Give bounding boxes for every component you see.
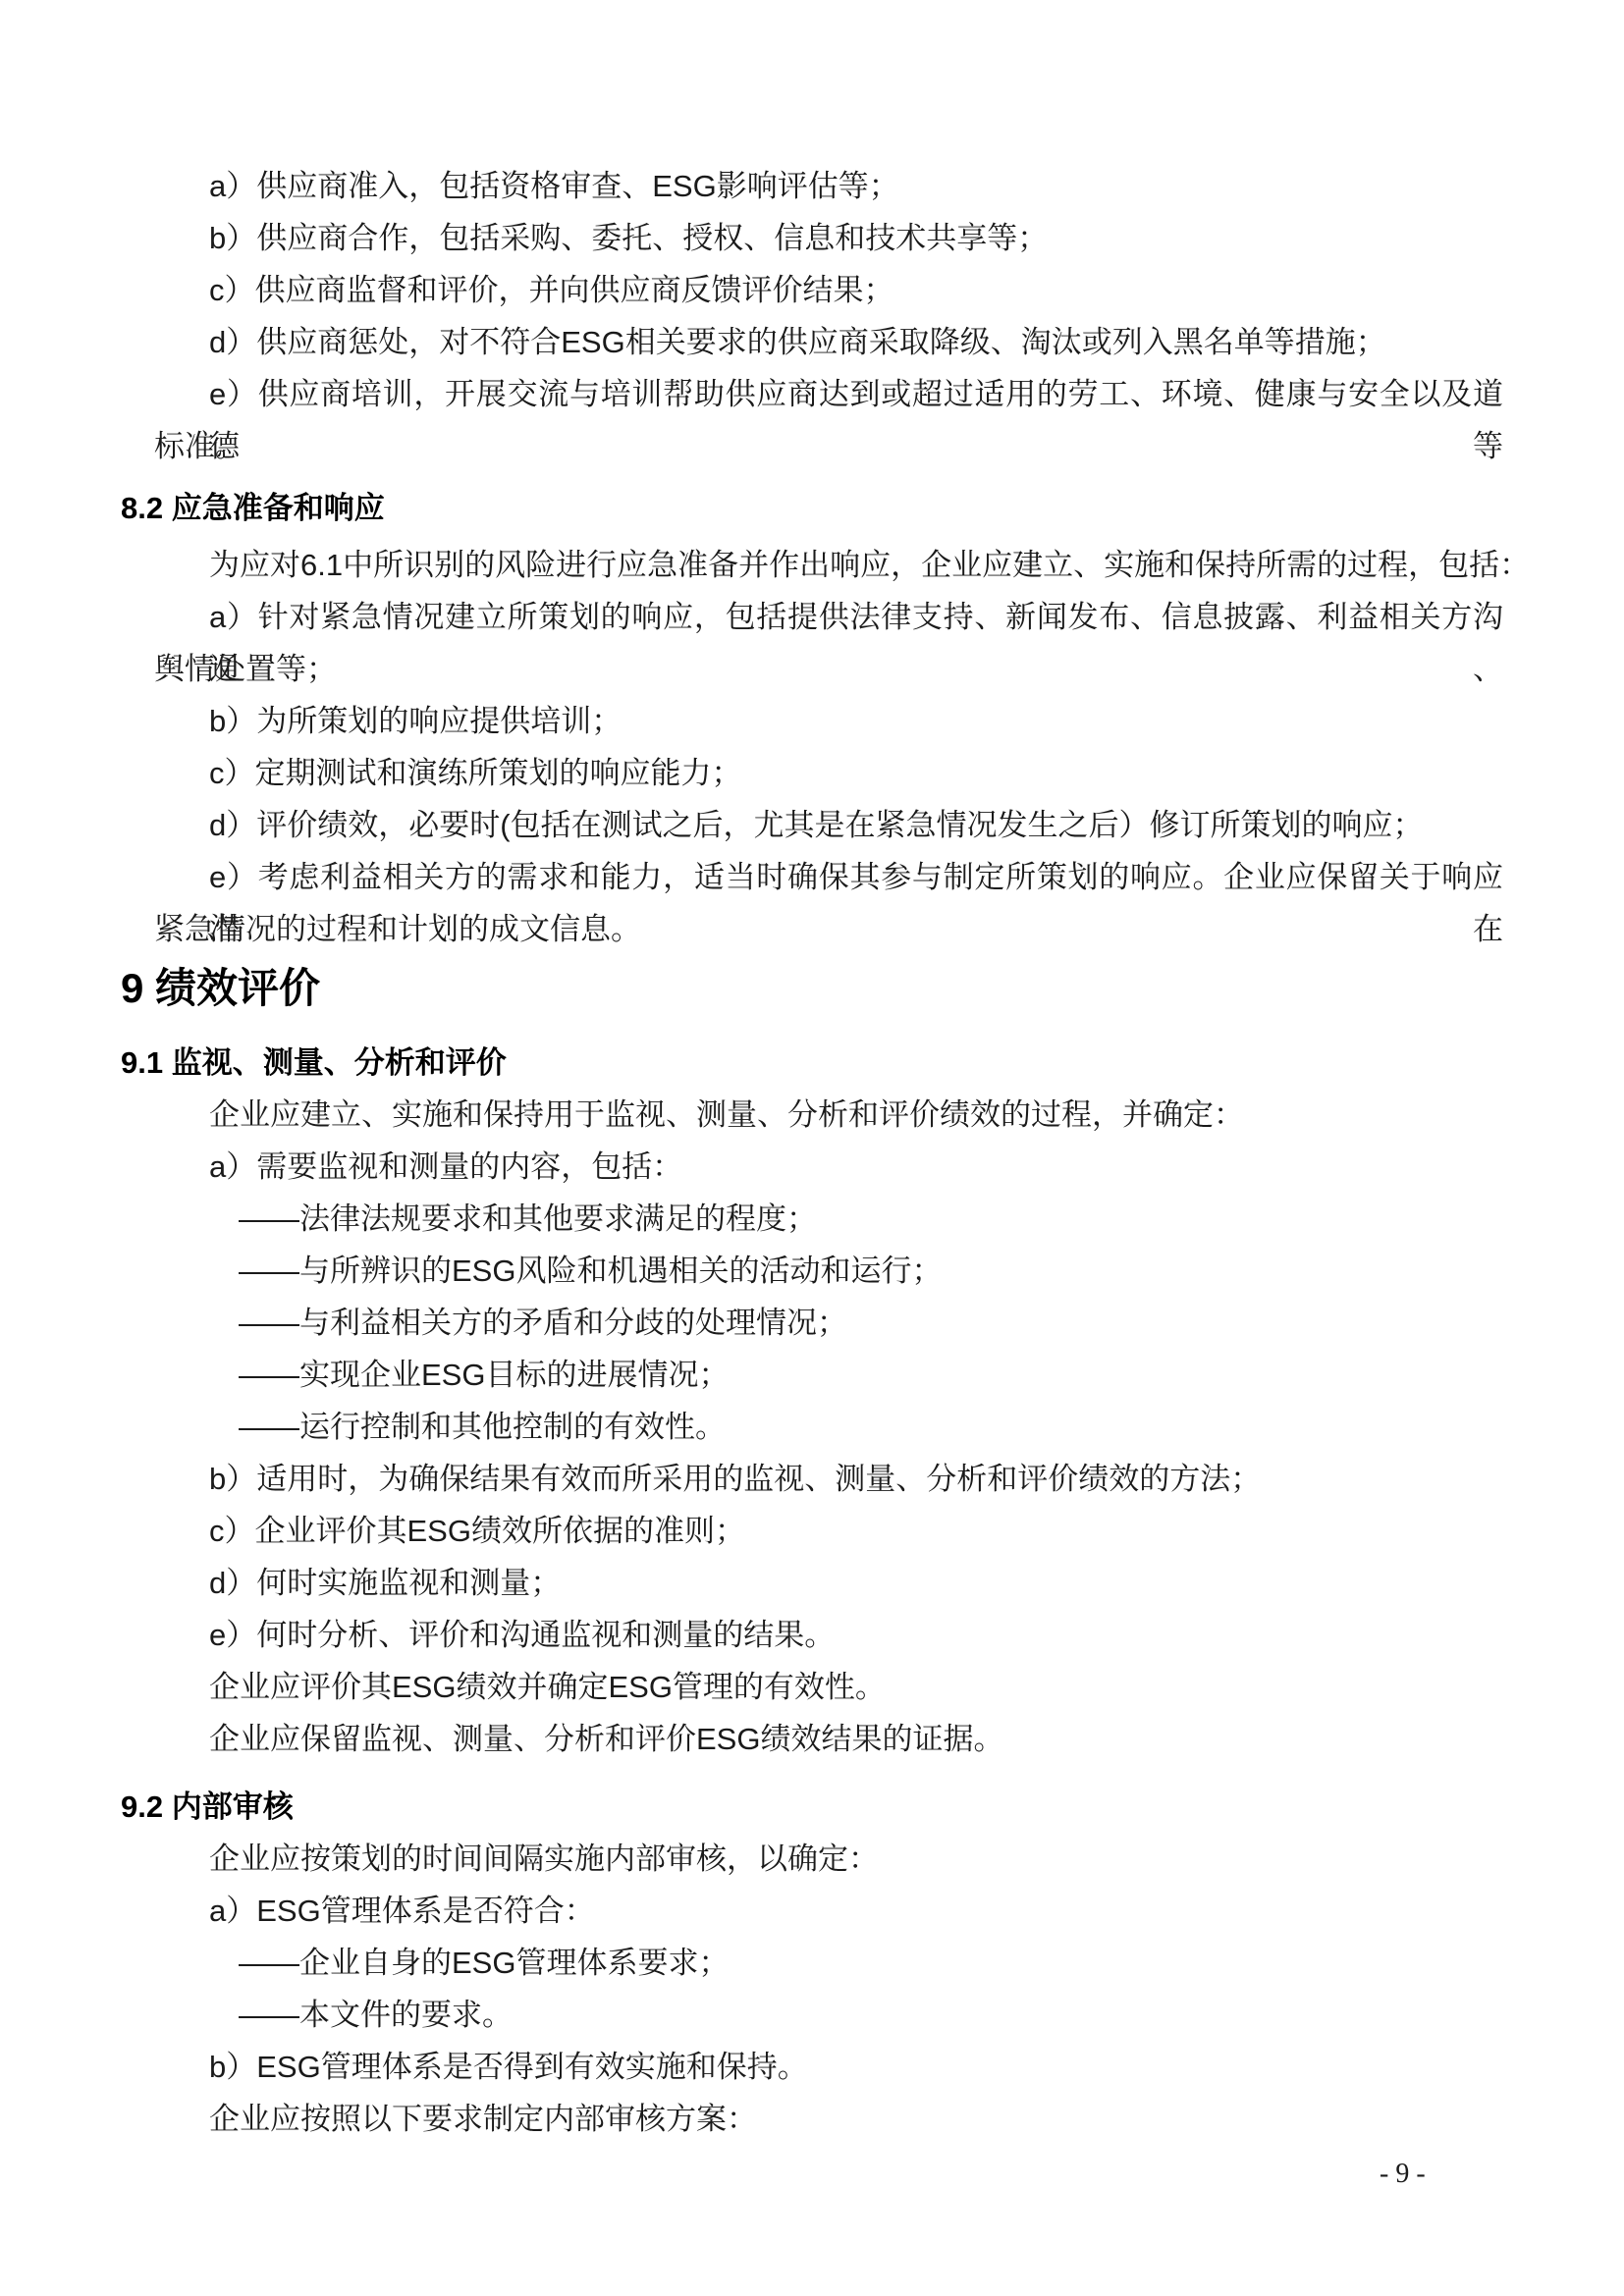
- list-item-response-drill: c）定期测试和演练所策划的响应能力；: [209, 747, 1624, 799]
- dash-item-stakeholder-conflicts: ——与利益相关方的矛盾和分歧的处理情况；: [239, 1297, 1624, 1349]
- dash-item-legal-requirements: ——法律法规要求和其他要求满足的程度；: [239, 1193, 1624, 1245]
- page-number: - 9 -: [1380, 2155, 1426, 2194]
- dash-item-esg-goal-progress: ——实现企业ESG目标的进展情况；: [239, 1349, 1624, 1401]
- paragraph-retain-evidence: 企业应保留监视、测量、分析和评价ESG绩效结果的证据。: [209, 1713, 1624, 1765]
- list-item-performance-revision: d）评价绩效，必要时(包括在测试之后，尤其是在紧急情况发生之后）修订所策划的响应…: [209, 799, 1624, 851]
- section-9-2-heading: 9.2 内部审核: [121, 1781, 1624, 1833]
- paragraph-evaluate-esg: 企业应评价其ESG绩效并确定ESG管理的有效性。: [209, 1661, 1624, 1713]
- list-item-monitoring-content: a）需要监视和测量的内容，包括：: [209, 1141, 1624, 1193]
- document-page: a）供应商准入，包括资格审查、ESG影响评估等； b）供应商合作，包括采购、委托…: [0, 0, 1624, 2296]
- paragraph-audit-plan: 企业应按照以下要求制定内部审核方案：: [209, 2093, 1624, 2145]
- paragraph-emergency-intro: 为应对6.1中所识别的风险进行应急准备并作出响应，企业应建立、实施和保持所需的过…: [209, 539, 1624, 591]
- list-item-supplier-training: e）供应商培训，开展交流与培训帮助供应商达到或超过适用的劳工、环境、健康与安全以…: [209, 368, 1503, 420]
- list-item-stakeholder-needs: e）考虑利益相关方的需求和能力，适当时确保其参与制定所策划的响应。企业应保留关于…: [209, 851, 1503, 903]
- dash-item-esg-risks: ——与所辨识的ESG风险和机遇相关的活动和运行；: [239, 1245, 1624, 1297]
- list-item-response-training: b）为所策划的响应提供培训；: [209, 695, 1624, 747]
- list-item-emergency-response: a）针对紧急情况建立所策划的响应，包括提供法律支持、新闻发布、信息披露、利益相关…: [209, 591, 1503, 643]
- paragraph-monitoring-intro: 企业应建立、实施和保持用于监视、测量、分析和评价绩效的过程，并确定：: [209, 1089, 1624, 1141]
- list-item-criteria: c）企业评价其ESG绩效所依据的准则；: [209, 1505, 1624, 1557]
- dash-item-document-requirements: ——本文件的要求。: [239, 1989, 1624, 2041]
- list-item-when-analyze: e）何时分析、评价和沟通监视和测量的结果。: [209, 1609, 1624, 1661]
- list-item-esg-system-conformance: a）ESG管理体系是否符合：: [209, 1885, 1624, 1937]
- list-item-methods: b）适用时，为确保结果有效而所采用的监视、测量、分析和评价绩效的方法；: [209, 1453, 1624, 1505]
- dash-item-own-esg-requirements: ——企业自身的ESG管理体系要求；: [239, 1937, 1624, 1989]
- list-item-supplier-punishment: d）供应商惩处，对不符合ESG相关要求的供应商采取降级、淘汰或列入黑名单等措施；: [209, 316, 1624, 368]
- list-item-when-monitor: d）何时实施监视和测量；: [209, 1557, 1624, 1609]
- list-item-supplier-cooperation: b）供应商合作，包括采购、委托、授权、信息和技术共享等；: [209, 212, 1624, 264]
- list-item-esg-system-maintained: b）ESG管理体系是否得到有效实施和保持。: [209, 2041, 1624, 2093]
- section-9-heading: 9 绩效评价: [121, 958, 1624, 1019]
- list-item-supplier-supervision: c）供应商监督和评价，并向供应商反馈评价结果；: [209, 264, 1624, 316]
- dash-item-control-effectiveness: ——运行控制和其他控制的有效性。: [239, 1401, 1624, 1453]
- paragraph-internal-audit-intro: 企业应按策划的时间间隔实施内部审核，以确定：: [209, 1833, 1624, 1885]
- section-9-1-heading: 9.1 监视、测量、分析和评价: [121, 1037, 1624, 1089]
- section-8-2-heading: 8.2 应急准备和响应: [121, 482, 1624, 534]
- list-item-supplier-admission: a）供应商准入，包括资格审查、ESG影响评估等；: [209, 160, 1624, 212]
